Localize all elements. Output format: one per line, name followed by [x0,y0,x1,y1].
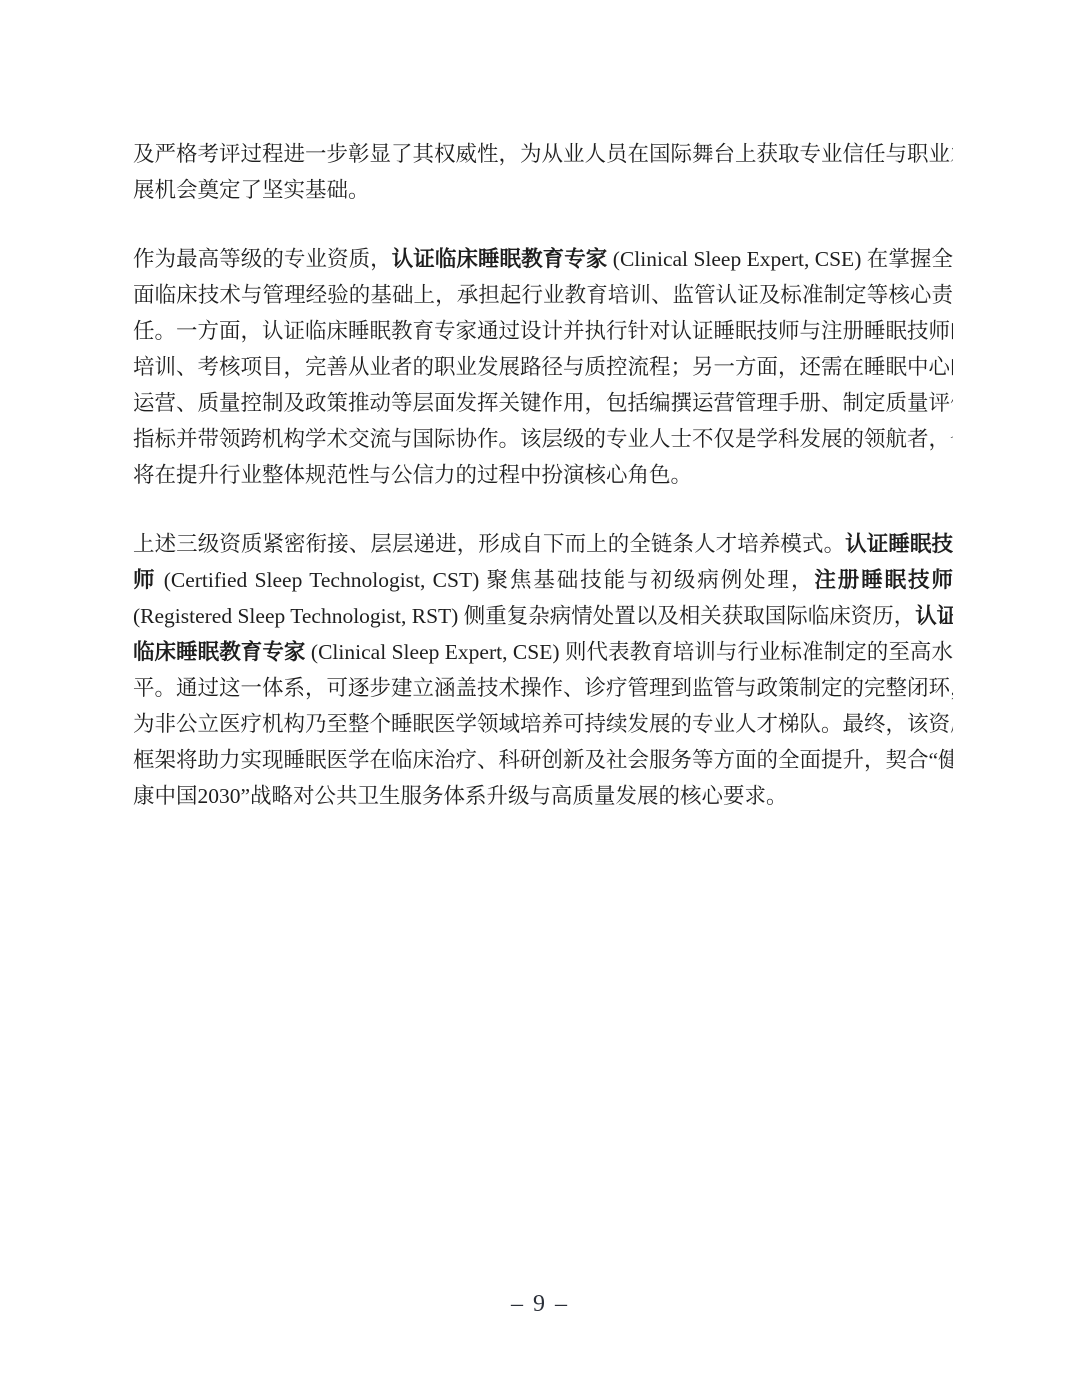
text-run: 为非公立医疗机构乃至整个睡眠医学领域培养可持续发展的专业人才梯队。最终，该资质 [133,712,953,736]
text-run: (Clinical Sleep Expert, CSE) 则代表教育培训与行业标… [306,640,954,664]
text-line: 将在提升行业整体规范性与公信力的过程中扮演核心角色。 [133,457,953,493]
text-line: (Registered Sleep Technologist, RST) 侧重复… [133,598,953,634]
text-line: 运营、质量控制及政策推动等层面发挥关键作用，包括编撰运营管理手册、制定质量评估 [133,385,953,421]
document-body: 及严格考评过程进一步彰显了其权威性，为从业人员在国际舞台上获取专业信任与职业发展… [133,136,953,847]
text-run: 任。一方面，认证临床睡眠教育专家通过设计并执行针对认证睡眠技师与注册睡眠技师的 [133,319,953,343]
text-run: 运营、质量控制及政策推动等层面发挥关键作用，包括编撰运营管理手册、制定质量评估 [133,391,953,415]
paragraph: 上述三级资质紧密衔接、层层递进，形成自下而上的全链条人才培养模式。认证睡眠技师 … [133,526,953,814]
bold-term: 注册睡眠技师 [814,568,953,592]
text-run: 作为最高等级的专业资质， [133,247,392,271]
bold-term: 认证 [915,604,953,628]
page-footer: – 9 – [0,1286,1080,1322]
text-run: (Registered Sleep Technologist, RST) 侧重复… [133,604,915,628]
text-line: 康中国2030”战略对公共卫生服务体系升级与高质量发展的核心要求。 [133,778,953,814]
text-line: 为非公立医疗机构乃至整个睡眠医学领域培养可持续发展的专业人才梯队。最终，该资质 [133,706,953,742]
paragraph: 及严格考评过程进一步彰显了其权威性，为从业人员在国际舞台上获取专业信任与职业发展… [133,136,953,208]
text-run: 将在提升行业整体规范性与公信力的过程中扮演核心角色。 [133,463,692,487]
text-run: 指标并带领跨机构学术交流与国际协作。该层级的专业人士不仅是学科发展的领航者，也 [133,427,953,451]
bold-term: 认证临床睡眠教育专家 [392,247,608,271]
text-run: 康中国2030”战略对公共卫生服务体系升级与高质量发展的核心要求。 [133,784,788,808]
paragraph: 作为最高等级的专业资质，认证临床睡眠教育专家 (Clinical Sleep E… [133,241,953,493]
text-line: 展机会奠定了坚实基础。 [133,172,953,208]
bold-term: 认证睡眠技 [845,532,953,556]
text-line: 指标并带领跨机构学术交流与国际协作。该层级的专业人士不仅是学科发展的领航者，也 [133,421,953,457]
bold-term: 师 [133,568,156,592]
text-line: 任。一方面，认证临床睡眠教育专家通过设计并执行针对认证睡眠技师与注册睡眠技师的 [133,313,953,349]
bold-term: 临床睡眠教育专家 [133,640,306,664]
text-line: 师 (Certified Sleep Technologist, CST) 聚焦… [133,562,953,598]
page-number: – 9 – [511,1291,569,1317]
text-run: 平。通过这一体系，可逐步建立涵盖技术操作、诊疗管理到监管与政策制定的完整闭环， [133,676,953,700]
text-line: 及严格考评过程进一步彰显了其权威性，为从业人员在国际舞台上获取专业信任与职业发 [133,136,953,172]
text-line: 框架将助力实现睡眠医学在临床治疗、科研创新及社会服务等方面的全面提升，契合“健 [133,742,953,778]
text-run: 面临床技术与管理经验的基础上，承担起行业教育培训、监管认证及标准制定等核心责 [133,283,953,307]
text-run: 框架将助力实现睡眠医学在临床治疗、科研创新及社会服务等方面的全面提升，契合“健 [133,748,953,772]
text-run: (Certified Sleep Technologist, CST) 聚焦基础… [156,568,814,592]
text-line: 上述三级资质紧密衔接、层层递进，形成自下而上的全链条人才培养模式。认证睡眠技 [133,526,953,562]
text-line: 培训、考核项目，完善从业者的职业发展路径与质控流程；另一方面，还需在睡眠中心的 [133,349,953,385]
text-run: (Clinical Sleep Expert, CSE) 在掌握全 [607,247,953,271]
text-run: 展机会奠定了坚实基础。 [133,178,370,202]
text-run: 上述三级资质紧密衔接、层层递进，形成自下而上的全链条人才培养模式。 [133,532,845,556]
document-page: 及严格考评过程进一步彰显了其权威性，为从业人员在国际舞台上获取专业信任与职业发展… [0,0,1080,1397]
text-line: 面临床技术与管理经验的基础上，承担起行业教育培训、监管认证及标准制定等核心责 [133,277,953,313]
text-line: 作为最高等级的专业资质，认证临床睡眠教育专家 (Clinical Sleep E… [133,241,953,277]
text-line: 临床睡眠教育专家 (Clinical Sleep Expert, CSE) 则代… [133,634,953,670]
text-run: 及严格考评过程进一步彰显了其权威性，为从业人员在国际舞台上获取专业信任与职业发 [133,142,953,166]
text-run: 培训、考核项目，完善从业者的职业发展路径与质控流程；另一方面，还需在睡眠中心的 [133,355,953,379]
text-line: 平。通过这一体系，可逐步建立涵盖技术操作、诊疗管理到监管与政策制定的完整闭环， [133,670,953,706]
